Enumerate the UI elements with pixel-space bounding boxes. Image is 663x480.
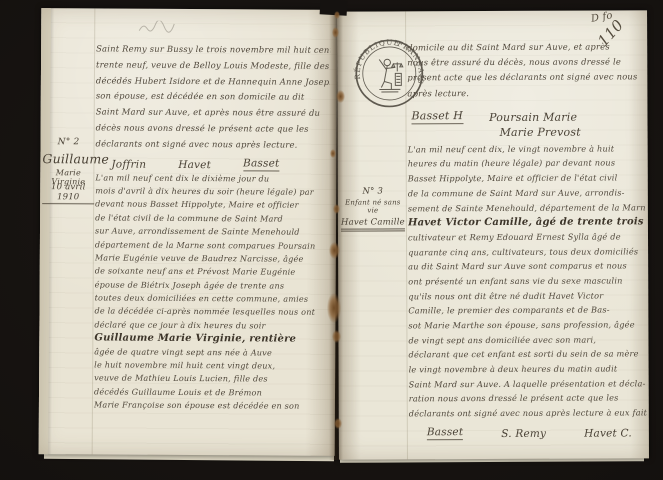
manuscript-line: de la commune de Saint Mard sur Auve, ar…	[408, 187, 646, 203]
act3-body: L'an mil neuf cent dix, le vingt novembr…	[408, 143, 647, 423]
foxing-stain	[327, 293, 341, 323]
right-page: RÉPUBLIQUE FRANÇAISE N° 3 Enfant né sans…	[337, 10, 649, 459]
signature-poursain-marie: Poursain Marie	[489, 110, 577, 123]
register-scan: N° 2 Guillaume Marie Virginie 10 avril 1…	[0, 0, 663, 480]
signature-basset-h: Basset H	[411, 109, 463, 124]
manuscript-line: Guillaume Marie Virginie, rentière	[94, 333, 328, 348]
manuscript-line: devant nous Basset Hippolyte, Maire et o…	[95, 199, 329, 214]
act2-signatures-row2: Marie Prevost	[408, 123, 646, 139]
manuscript-line: décédés Guillaume Louis et de Brémon	[94, 386, 328, 401]
margin-note-act2: N° 2 Guillaume Marie Virginie 10 avril 1…	[42, 137, 94, 204]
foxing-stain	[333, 204, 340, 214]
foxing-stain	[332, 330, 341, 343]
manuscript-line: le huit novembre mil huit cent vingt deu…	[94, 359, 328, 374]
manuscript-line: Camille, le premier des comparants et de…	[408, 305, 646, 321]
manuscript-line: sur Auve, arrondissement de Sainte Meneh…	[95, 226, 329, 241]
foxing-stain	[334, 11, 340, 19]
manuscript-line: nous être assuré du décès, nous avons dr…	[407, 57, 645, 73]
manuscript-line: Basset Hippolyte, Maire et officier de l…	[408, 172, 646, 188]
manuscript-line: sement de Sainte Menehould, département …	[408, 202, 646, 218]
manuscript-line: Saint Remy sur Bussy le trois novembre m…	[96, 43, 330, 60]
stamp-text-top: RÉPUBLIQUE	[353, 38, 401, 80]
manuscript-line: cultivateur et Remy Edouard Ernest Sylla…	[408, 231, 646, 247]
manuscript-line: déclarants ont signé avec nous après lec…	[409, 407, 647, 423]
left-page-text: Saint Remy sur Bussy le trois novembre m…	[94, 43, 330, 414]
manuscript-line: ration nous avons dressé le présent acte…	[409, 393, 647, 409]
manuscript-line: son épouse, est décédée en son domicile …	[96, 91, 330, 108]
signature-s-remy: S. Remy	[501, 428, 546, 440]
act2-continuation: domicile au dit Saint Mard sur Auve, et …	[407, 41, 645, 103]
left-page: N° 2 Guillaume Marie Virginie 10 avril 1…	[39, 8, 338, 456]
binding-shadow	[329, 8, 343, 460]
child-name: Havet Camille	[341, 217, 405, 231]
signature-marie-prevost: Marie Prevost	[500, 125, 581, 138]
manuscript-line: de soixante neuf ans et Prévost Marie Eu…	[95, 266, 329, 281]
foxing-stain	[336, 90, 345, 103]
manuscript-line: Marie Françoise son épouse est décédée e…	[94, 400, 328, 415]
right-page-text: domicile au dit Saint Mard sur Auve, et …	[407, 41, 647, 440]
manuscript-line: après lecture.	[407, 87, 645, 103]
manuscript-line: déclaré que ce jour à dix heures du soir	[94, 319, 328, 334]
manuscript-line: au dit Saint Mard sur Auve sont comparus…	[408, 261, 646, 277]
act2-body: L'an mil neuf cent dix le dixième jour d…	[94, 172, 329, 414]
foxing-stain	[334, 418, 342, 429]
manuscript-line: Marie Eugénie veuve de Baudrez Narcisse,…	[95, 252, 329, 267]
manuscript-line: sot Marie Marthe son épouse, sans profes…	[408, 319, 646, 335]
manuscript-line: département de la Marne sont comparues P…	[95, 239, 329, 254]
manuscript-line: mois d'avril à dix heures du soir (heure…	[95, 185, 329, 200]
manuscript-line: Saint Mard sur Auve, et après nous être …	[96, 107, 330, 124]
foxing-stain	[330, 149, 336, 158]
svg-text:RÉPUBLIQUE: RÉPUBLIQUE	[353, 38, 401, 80]
manuscript-line: L'an mil neuf cent dix, le vingt novembr…	[408, 143, 646, 159]
margin-note-act3: N° 3 Enfant né sans vie Havet Camille	[339, 186, 407, 231]
signature-basset: Basset	[427, 426, 463, 440]
act-number: N° 3	[339, 186, 407, 198]
marianne-figure	[379, 59, 403, 92]
act-number: N° 2	[42, 137, 94, 151]
manuscript-line: présent acte que les déclarants ont sign…	[407, 72, 645, 88]
manuscript-line: L'an mil neuf cent dix le dixième jour d…	[95, 172, 329, 187]
manuscript-line: qu'ils nous ont dit être né dudit Havet …	[408, 290, 646, 306]
manuscript-line: âgée de quatre vingt sept ans née à Auve	[94, 346, 328, 361]
act3-signatures: Basset S. Remy Havet C.	[409, 424, 647, 440]
manuscript-line: le vingt novembre à deux heures du matin…	[409, 363, 647, 379]
foxing-stain	[332, 27, 339, 38]
signature-joffrin: Joffrin	[111, 158, 146, 170]
manuscript-line: veuve de Mathieu Louis Lucien, fille des	[94, 373, 328, 388]
manuscript-line: ont présenté un enfant sans vie du sexe …	[408, 275, 646, 291]
manuscript-line: trente neuf, veuve de Belloy Louis Modes…	[96, 59, 330, 76]
act-date: 10 avril 1910	[42, 182, 94, 204]
manuscript-line: de la décédée ci-après nommée lesquelles…	[94, 306, 328, 321]
manuscript-line: heures du matin (heure légale) par devan…	[408, 158, 646, 174]
act-type: Enfant né sans vie	[339, 198, 407, 209]
deceased-surname: Guillaume	[42, 151, 94, 168]
manuscript-line: épouse de Biétrix Joseph âgée de trente …	[95, 279, 329, 294]
manuscript-line: de vingt sept ans domiciliée avec son ma…	[408, 334, 646, 350]
manuscript-line: déclarant que cet enfant est sorti du se…	[408, 349, 646, 365]
signature-havet-c: Havet C.	[584, 427, 632, 439]
manuscript-line: décédés Hubert Isidore et de Hannequin A…	[96, 75, 330, 92]
manuscript-line: Saint Mard sur Auve. A laquelle présenta…	[409, 378, 647, 394]
signature-havet: Havet	[178, 159, 211, 171]
manuscript-line: de l'état civil de la commune de Saint M…	[95, 212, 329, 227]
manuscript-line: déclarants ont signé avec nous après lec…	[95, 138, 329, 155]
foxing-stain	[329, 242, 340, 259]
manuscript-line: toutes deux domiciliées en cette commune…	[95, 293, 329, 308]
deceased-given-names: Marie Virginie	[42, 168, 94, 182]
manuscript-line: décès nous avons dressé le présent acte …	[96, 122, 330, 139]
act2-signatures-row1: Basset H Poursain Marie	[407, 108, 645, 124]
manuscript-line: Havet Victor Camille, âgé de trente troi…	[408, 217, 646, 233]
act1-signatures: Joffrin Havet Basset	[95, 155, 329, 171]
act1-continuation: Saint Remy sur Bussy le trois novembre m…	[95, 43, 330, 155]
pencil-marks-icon	[137, 21, 177, 37]
manuscript-line: quarante cinq ans, cultivateurs, tous de…	[408, 246, 646, 262]
signature-basset: Basset	[243, 157, 279, 171]
